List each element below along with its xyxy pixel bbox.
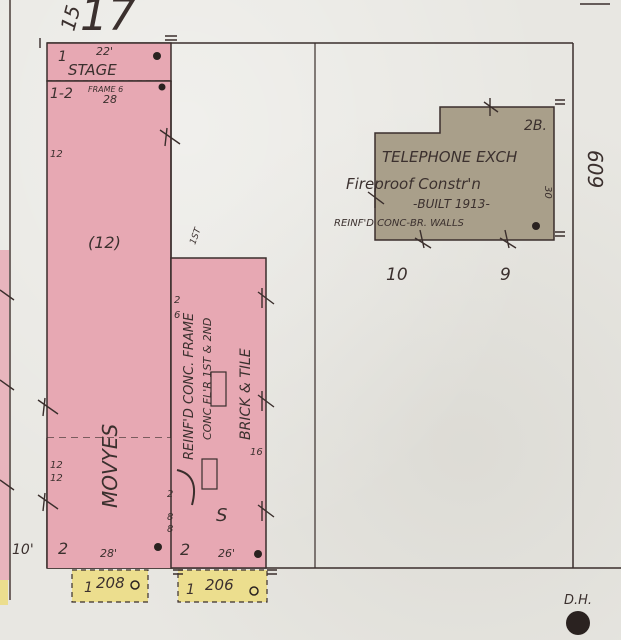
- store-stories: 2: [180, 540, 190, 559]
- store-wall-note: 16: [250, 447, 263, 458]
- store-use-code: S: [216, 505, 227, 526]
- movies-wall-note-b: 12: [50, 473, 63, 484]
- exchange-name: TELEPHONE EXCH: [382, 148, 517, 166]
- movies-label: MOVYES: [98, 423, 122, 508]
- frame-stories: 1-2: [50, 86, 73, 102]
- exchange-height: 30: [542, 186, 553, 199]
- party-wall-c: 8: [167, 524, 173, 535]
- stage-width: 22': [96, 45, 113, 58]
- exchange-walls: REINF'D CONC-BR. WALLS: [334, 218, 465, 229]
- exchange-construction: Fireproof Constr'n: [346, 175, 481, 193]
- movies-stories: 2: [58, 539, 68, 558]
- movies-wall-note-a: 12: [50, 460, 63, 471]
- sanborn-map-canvas: 15 17 1 22' STAGE 1-2 FRAME 6 28 12 (12)…: [0, 0, 621, 640]
- address-208: 208: [96, 574, 125, 592]
- exchange-built: -BUILT 1913-: [413, 197, 490, 211]
- stage-stories: 1: [58, 49, 67, 65]
- exchange-stories: 2B.: [524, 118, 547, 134]
- exchange-address: 609: [583, 150, 607, 188]
- address-208-prefix: 1: [84, 580, 93, 596]
- party-wall-a: 2: [167, 489, 173, 500]
- hydrant-icon: [566, 611, 590, 635]
- left-neighbor-building: [0, 250, 9, 580]
- frame-dot: [159, 84, 166, 91]
- store-height-top: 2: [174, 295, 180, 306]
- movies-width: 28': [100, 547, 117, 560]
- store-top-note: 1ST: [188, 225, 204, 246]
- party-wall-b: 8: [167, 512, 173, 523]
- hydrant-label: D.H.: [564, 593, 592, 608]
- lot-number-9: 9: [500, 265, 511, 285]
- left-neighbor-frame: [0, 580, 8, 605]
- frame-depth: 28: [103, 93, 117, 106]
- store-construction: REINF'D CONC. FRAME: [182, 312, 197, 460]
- store-height-bottom: 6: [174, 310, 180, 321]
- sidewalk-width: 10': [12, 542, 34, 558]
- movies-side-note: 12: [50, 149, 63, 160]
- store-dot: [254, 550, 262, 558]
- store-width: 26': [218, 547, 235, 560]
- stage-dot: [153, 52, 161, 60]
- exchange-dot: [532, 222, 540, 230]
- sheet-number: 17: [80, 0, 136, 41]
- store-floor-note: CONC FL'R 1ST & 2ND: [201, 318, 214, 440]
- lot-number-10: 10: [386, 265, 408, 285]
- stage-label: STAGE: [68, 61, 117, 79]
- address-206: 206: [205, 576, 234, 594]
- store-walls: BRICK & TILE: [238, 348, 254, 440]
- movies-dot: [154, 543, 162, 551]
- address-206-prefix: 1: [186, 582, 195, 598]
- movies-height-note: (12): [88, 233, 121, 252]
